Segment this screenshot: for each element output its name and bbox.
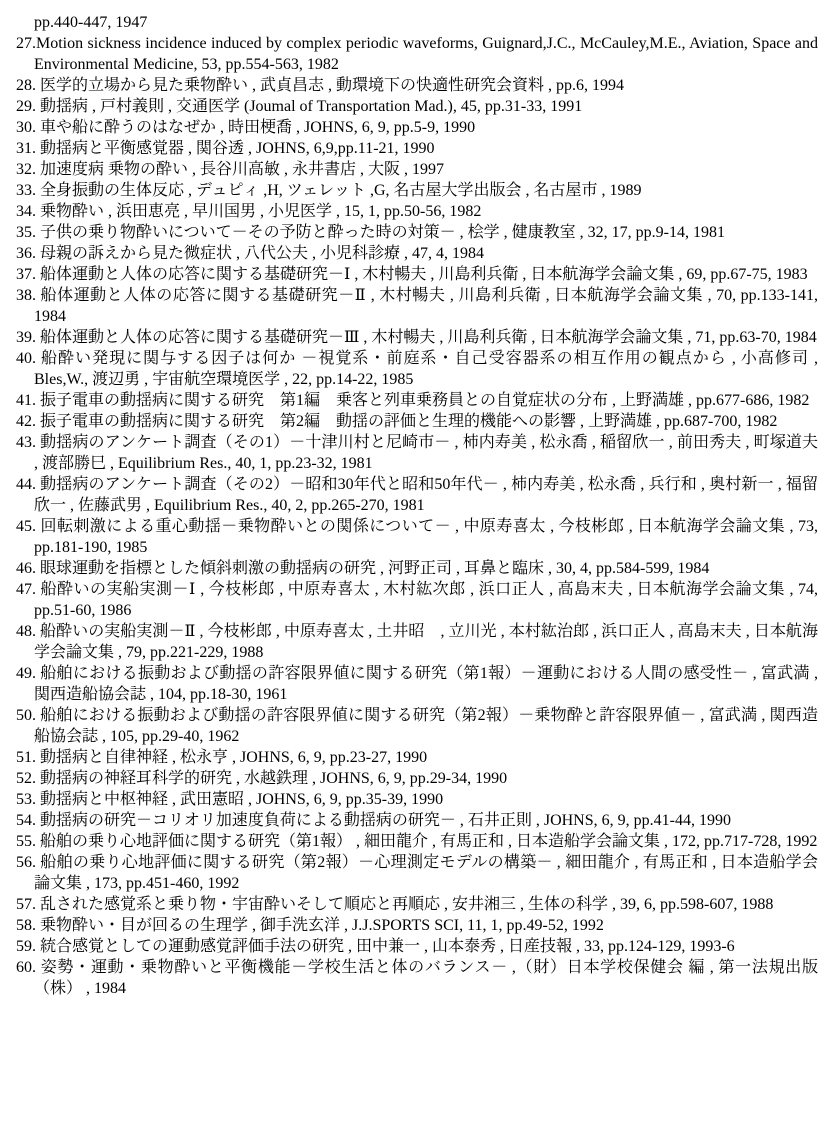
reference-number: 57. [16, 896, 36, 913]
reference-number: 51. [16, 749, 36, 766]
reference-number: 35. [16, 224, 36, 241]
reference-number: 37. [16, 266, 36, 283]
reference-text: 母親の訴えから見た微症状 , 八代公夫 , 小児科診療 , 47, 4, 198… [36, 245, 484, 262]
reference-entry: 58. 乗物酔い・目が回るの生理学 , 御手洗玄洋 , J.J.SPORTS S… [16, 915, 818, 936]
reference-entry: 32. 加速度病 乗物の酔い , 長谷川高敏 , 永井書店 , 大阪 , 199… [16, 159, 818, 180]
reference-entry: 34. 乗物酔い , 浜田恵亮 , 早川国男 , 小児医学 , 15, 1, p… [16, 201, 818, 222]
reference-entry: 48. 船酔いの実船実測－Ⅱ , 今枝彬郎 , 中原寿喜太 , 土井昭 , 立川… [16, 621, 818, 663]
reference-entry: 43. 動揺病のアンケート調査（その1）－十津川村と尼崎市－ , 柿内寿美 , … [16, 432, 818, 474]
reference-entry: 44. 動揺病のアンケート調査（その2）－昭和30年代と昭和50年代－ , 柿内… [16, 474, 818, 516]
reference-text: Motion sickness incidence induced by com… [34, 35, 818, 73]
reference-text: 動揺病のアンケート調査（その2）－昭和30年代と昭和50年代－ , 柿内寿美 ,… [34, 476, 818, 514]
reference-number: 54. [16, 812, 36, 829]
reference-text: 振子電車の動揺病に関する研究 第2編 動揺の評価と生理的機能への影響 , 上野満… [36, 413, 777, 430]
reference-text: 動揺病 , 戸村義則 , 交通医学 (Joumal of Transportat… [36, 98, 582, 115]
reference-text: 船体運動と人体の応答に関する基礎研究－Ⅰ , 木村暢夫 , 川島利兵衛 , 日本… [36, 266, 808, 283]
reference-entry: 47. 船酔いの実船実測－Ⅰ , 今枝彬郎 , 中原寿喜太 , 木村紘次郎 , … [16, 579, 818, 621]
reference-number: 34. [16, 203, 36, 220]
reference-number: 59. [16, 938, 36, 955]
reference-number: 30. [16, 119, 36, 136]
reference-entry: 53. 動揺病と中枢神経 , 武田憲昭 , JOHNS, 6, 9, pp.35… [16, 789, 818, 810]
reference-text: 動揺病の神経耳科学的研究 , 水越鉄理 , JOHNS, 6, 9, pp.29… [36, 770, 507, 787]
reference-number: 44. [16, 476, 36, 493]
reference-entry: 57. 乱された感覚系と乗り物・宇宙酔いそして順応と再順応 , 安井湘三 , 生… [16, 894, 818, 915]
reference-entry: 36. 母親の訴えから見た微症状 , 八代公夫 , 小児科診療 , 47, 4,… [16, 243, 818, 264]
reference-text: 船体運動と人体の応答に関する基礎研究－Ⅲ , 木村暢夫 , 川島利兵衛 , 日本… [36, 329, 817, 346]
reference-number: 28. [16, 77, 36, 94]
reference-entry: 37. 船体運動と人体の応答に関する基礎研究－Ⅰ , 木村暢夫 , 川島利兵衛 … [16, 264, 818, 285]
reference-entry: 31. 動揺病と平衡感覚器 , 関谷透 , JOHNS, 6,9,pp.11-2… [16, 138, 818, 159]
reference-number: 50. [16, 707, 36, 724]
reference-entry: 59. 統合感覚としての運動感覚評価手法の研究 , 田中兼一 , 山本泰秀 , … [16, 936, 818, 957]
reference-number: 45. [16, 518, 36, 535]
reference-text: 車や船に酔うのはなぜか , 時田梗喬 , JOHNS, 6, 9, pp.5-9… [36, 119, 475, 136]
reference-text: 乗物酔い・目が回るの生理学 , 御手洗玄洋 , J.J.SPORTS SCI, … [36, 917, 604, 934]
reference-entry: 60. 姿勢・運動・乗物酔いと平衡機能－学校生活と体のバランス－ ,（財）日本学… [16, 957, 818, 999]
reference-number: 48. [16, 623, 36, 640]
reference-text: 動揺病と平衡感覚器 , 関谷透 , JOHNS, 6,9,pp.11-21, 1… [36, 140, 435, 157]
reference-text: 眼球運動を指標とした傾斜刺激の動揺病の研究 , 河野正司 , 耳鼻と臨床 , 3… [36, 560, 709, 577]
reference-text: 姿勢・運動・乗物酔いと平衡機能－学校生活と体のバランス－ ,（財）日本学校保健会… [34, 959, 818, 997]
reference-entry: 42. 振子電車の動揺病に関する研究 第2編 動揺の評価と生理的機能への影響 ,… [16, 411, 818, 432]
reference-number: 38. [16, 287, 36, 304]
reference-number: 49. [16, 665, 36, 682]
reference-number: 31. [16, 140, 36, 157]
reference-entry: 35. 子供の乗り物酔いについて－その予防と酔った時の対策－ , 桧学 , 健康… [16, 222, 818, 243]
reference-entry: 30. 車や船に酔うのはなぜか , 時田梗喬 , JOHNS, 6, 9, pp… [16, 117, 818, 138]
reference-entry: 33. 全身振動の生体反応 , デュピィ ,H, ツェレット ,G, 名古屋大学… [16, 180, 818, 201]
reference-text: 動揺病のアンケート調査（その1）－十津川村と尼崎市－ , 柿内寿美 , 松永喬 … [34, 434, 818, 472]
reference-number: 52. [16, 770, 36, 787]
scanned-reference-page: { "style": { "background": "#ffffff", "t… [0, 0, 827, 1139]
reference-text: 全身振動の生体反応 , デュピィ ,H, ツェレット ,G, 名古屋大学出版会 … [36, 182, 642, 199]
reference-entry: 51. 動揺病と自律神経 , 松永亨 , JOHNS, 6, 9, pp.23-… [16, 747, 818, 768]
reference-text: 子供の乗り物酔いについて－その予防と酔った時の対策－ , 桧学 , 健康教室 ,… [36, 224, 725, 241]
reference-text: 船酔いの実船実測－Ⅰ , 今枝彬郎 , 中原寿喜太 , 木村紘次郎 , 浜口正人… [34, 581, 818, 619]
reference-text: 振子電車の動揺病に関する研究 第1編 乗客と列車乗務員との自覚症状の分布 , 上… [36, 392, 809, 409]
reference-entry: 55. 船舶の乗り心地評価に関する研究（第1報） , 細田龍介 , 有馬正和 ,… [16, 831, 818, 852]
reference-text: 船舶における振動および動揺の許容限界値に関する研究（第1報）－運動における人間の… [34, 665, 818, 703]
reference-entry: 50. 船舶における振動および動揺の許容限界値に関する研究（第2報）－乗物酔と許… [16, 705, 818, 747]
reference-number: 53. [16, 791, 36, 808]
reference-entry: 40. 船酔い発現に関与する因子は何か －視覚系・前庭系・自己受容器系の相互作用… [16, 348, 818, 390]
reference-text: 乱された感覚系と乗り物・宇宙酔いそして順応と再順応 , 安井湘三 , 生体の科学… [36, 896, 773, 913]
reference-entry: 39. 船体運動と人体の応答に関する基礎研究－Ⅲ , 木村暢夫 , 川島利兵衛 … [16, 327, 818, 348]
reference-text: 船体運動と人体の応答に関する基礎研究－Ⅱ , 木村暢夫 , 川島利兵衛 , 日本… [34, 287, 818, 325]
reference-entry: 28. 医学的立場から見た乗物酔い , 武貞昌志 , 動環境下の快適性研究会資料… [16, 75, 818, 96]
reference-number: 29. [16, 98, 36, 115]
reference-number: 40. [16, 350, 36, 367]
reference-number: 47. [16, 581, 36, 598]
reference-number: 55. [16, 833, 36, 850]
reference-text: 医学的立場から見た乗物酔い , 武貞昌志 , 動環境下の快適性研究会資料 , p… [36, 77, 624, 94]
reference-entry: 54. 動揺病の研究－コリオリ加速度負荷による動揺病の研究－ , 石井正則 , … [16, 810, 818, 831]
document-body: pp.440-447, 1947 27.Motion sickness inci… [0, 0, 827, 999]
reference-text: 加速度病 乗物の酔い , 長谷川高敏 , 永井書店 , 大阪 , 1997 [36, 161, 444, 178]
reference-number: 60. [16, 959, 36, 976]
reference-text: 回転刺激による重心動揺－乗物酔いとの関係について－ , 中原寿喜太 , 今枝彬郎… [34, 518, 818, 556]
reference-text: 動揺病の研究－コリオリ加速度負荷による動揺病の研究－ , 石井正則 , JOHN… [36, 812, 731, 829]
reference-number: 33. [16, 182, 36, 199]
reference-number: 36. [16, 245, 36, 262]
reference-number: 42. [16, 413, 36, 430]
reference-number: 46. [16, 560, 36, 577]
reference-text: 統合感覚としての運動感覚評価手法の研究 , 田中兼一 , 山本泰秀 , 日産技報… [36, 938, 735, 955]
reference-entry: 38. 船体運動と人体の応答に関する基礎研究－Ⅱ , 木村暢夫 , 川島利兵衛 … [16, 285, 818, 327]
reference-number: 56. [16, 854, 36, 871]
reference-entry: 56. 船舶の乗り心地評価に関する研究（第2報）－心理測定モデルの構築－ , 細… [16, 852, 818, 894]
reference-number: 39. [16, 329, 36, 346]
reference-text: 船酔い発現に関与する因子は何か －視覚系・前庭系・自己受容器系の相互作用の観点か… [34, 350, 818, 388]
reference-text: 船舶の乗り心地評価に関する研究（第2報）－心理測定モデルの構築－ , 細田龍介 … [34, 854, 818, 892]
reference-entry: 52. 動揺病の神経耳科学的研究 , 水越鉄理 , JOHNS, 6, 9, p… [16, 768, 818, 789]
reference-entry: 27.Motion sickness incidence induced by … [16, 33, 818, 75]
reference-text: 動揺病と自律神経 , 松永亨 , JOHNS, 6, 9, pp.23-27, … [36, 749, 427, 766]
reference-number: 43. [16, 434, 36, 451]
reference-number: 32. [16, 161, 36, 178]
reference-text: 船酔いの実船実測－Ⅱ , 今枝彬郎 , 中原寿喜太 , 土井昭 , 立川光 , … [34, 623, 818, 661]
reference-number: 27. [16, 35, 36, 52]
reference-entry: 41. 振子電車の動揺病に関する研究 第1編 乗客と列車乗務員との自覚症状の分布… [16, 390, 818, 411]
reference-entry: 46. 眼球運動を指標とした傾斜刺激の動揺病の研究 , 河野正司 , 耳鼻と臨床… [16, 558, 818, 579]
reference-text: 船舶における振動および動揺の許容限界値に関する研究（第2報）－乗物酔と許容限界値… [34, 707, 818, 745]
reference-text: 動揺病と中枢神経 , 武田憲昭 , JOHNS, 6, 9, pp.35-39,… [36, 791, 443, 808]
reference-number: 58. [16, 917, 36, 934]
reference-text: 乗物酔い , 浜田恵亮 , 早川国男 , 小児医学 , 15, 1, pp.50… [36, 203, 481, 220]
reference-entry: 49. 船舶における振動および動揺の許容限界値に関する研究（第1報）－運動におけ… [16, 663, 818, 705]
reference-continuation-fragment: pp.440-447, 1947 [16, 12, 818, 33]
reference-text: 船舶の乗り心地評価に関する研究（第1報） , 細田龍介 , 有馬正和 , 日本造… [36, 833, 817, 850]
reference-entry: 29. 動揺病 , 戸村義則 , 交通医学 (Joumal of Transpo… [16, 96, 818, 117]
reference-number: 41. [16, 392, 36, 409]
reference-entry: 45. 回転刺激による重心動揺－乗物酔いとの関係について－ , 中原寿喜太 , … [16, 516, 818, 558]
reference-list: 27.Motion sickness incidence induced by … [16, 33, 818, 999]
